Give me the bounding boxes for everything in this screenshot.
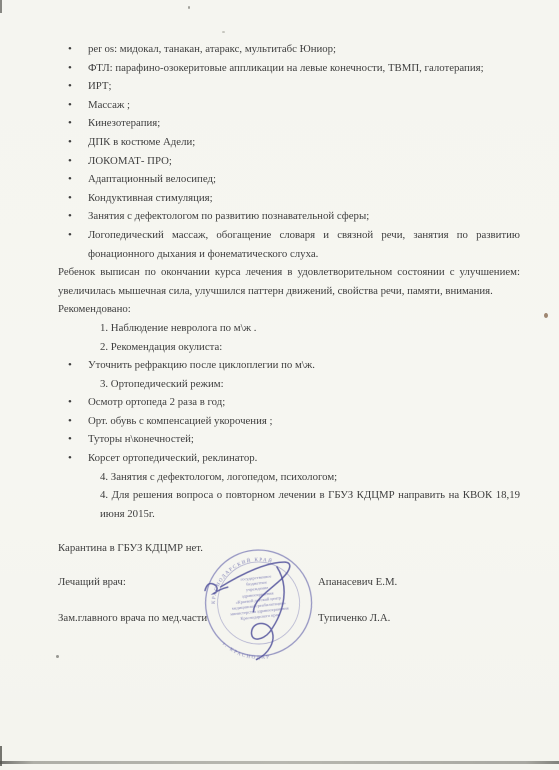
- treatment-item: Кинезотерапия;: [58, 114, 520, 133]
- stamp-ring-text-bottom: г. КРАСНОДАР: [221, 637, 271, 665]
- recommendation-item: 1. Наблюдение невролога по м\ж .: [100, 319, 520, 338]
- quarantine-note: Карантина в ГБУЗ КДЦМР нет.: [58, 539, 520, 558]
- signature-row: Лечащий врач:Апанасевич Е.М.: [58, 573, 520, 592]
- scan-edge-bottomleft: [0, 746, 2, 766]
- recommendation-item: 3. Ортопедический режим:: [100, 375, 520, 394]
- treatment-item: Адаптационный велосипед;: [58, 170, 520, 189]
- signature-role: Зам.главного врача по мед.части: [58, 612, 207, 624]
- recommendations-list: 1. Наблюдение невролога по м\ж .2. Реком…: [58, 319, 520, 524]
- treatment-item: ЛОКОМАТ- ПРО;: [58, 152, 520, 171]
- signature-block: Лечащий врач:Апанасевич Е.М.Зам.главного…: [58, 573, 520, 627]
- treatment-item: Логопедический массаж, обогащение словар…: [58, 226, 520, 263]
- recommendation-item: 4. Занятия с дефектологом, логопедом, пс…: [100, 468, 520, 487]
- recommendation-item: 4. Для решения вопроса о повторном лечен…: [100, 486, 520, 523]
- recommendation-item: Туторы н\конечностей;: [58, 430, 520, 449]
- signature-role: Лечащий врач:: [58, 576, 126, 588]
- svg-text:г. КРАСНОДАР: г. КРАСНОДАР: [221, 637, 271, 665]
- recommendation-item: Уточнить рефракцию после циклоплегии по …: [58, 356, 520, 375]
- scan-speck: [544, 313, 548, 318]
- treatment-item: Массаж ;: [58, 96, 520, 115]
- scan-edge-topleft: [0, 0, 2, 13]
- document-page: per os: мидокал, танакан, атаракс, мульт…: [0, 0, 559, 770]
- signature-row: Зам.главного врача по мед.частиТупиченко…: [58, 609, 520, 628]
- treatment-item: per os: мидокал, танакан, атаракс, мульт…: [58, 40, 520, 59]
- signature-name: Апанасевич Е.М.: [318, 573, 397, 592]
- scan-edge-bottom: [0, 761, 559, 764]
- recommendation-item: Орт. обувь с компенсацией укорочения ;: [58, 412, 520, 431]
- recommendations-heading: Рекомендовано:: [58, 300, 520, 319]
- discharge-summary: Ребенок выписан по окончании курса лечен…: [58, 263, 520, 300]
- scan-speck: [222, 31, 225, 33]
- scan-speck: [188, 6, 190, 9]
- treatment-item: ФТЛ: парафино-озокеритовые аппликации на…: [58, 59, 520, 78]
- treatment-item: ДПК в костюме Адели;: [58, 133, 520, 152]
- treatment-list: per os: мидокал, танакан, атаракс, мульт…: [58, 40, 520, 263]
- document-body: per os: мидокал, танакан, атаракс, мульт…: [58, 40, 520, 627]
- treatment-item: Кондуктивная стимуляция;: [58, 189, 520, 208]
- treatment-item: ИРТ;: [58, 77, 520, 96]
- recommendation-item: Осмотр ортопеда 2 раза в год;: [58, 393, 520, 412]
- treatment-item: Занятия с дефектологом по развитию позна…: [58, 207, 520, 226]
- recommendation-item: 2. Рекомендация окулиста:: [100, 338, 520, 357]
- recommendation-item: Корсет ортопедический, реклинатор.: [58, 449, 520, 468]
- signature-name: Тупиченко Л.А.: [318, 609, 390, 628]
- scan-speck: [56, 655, 59, 658]
